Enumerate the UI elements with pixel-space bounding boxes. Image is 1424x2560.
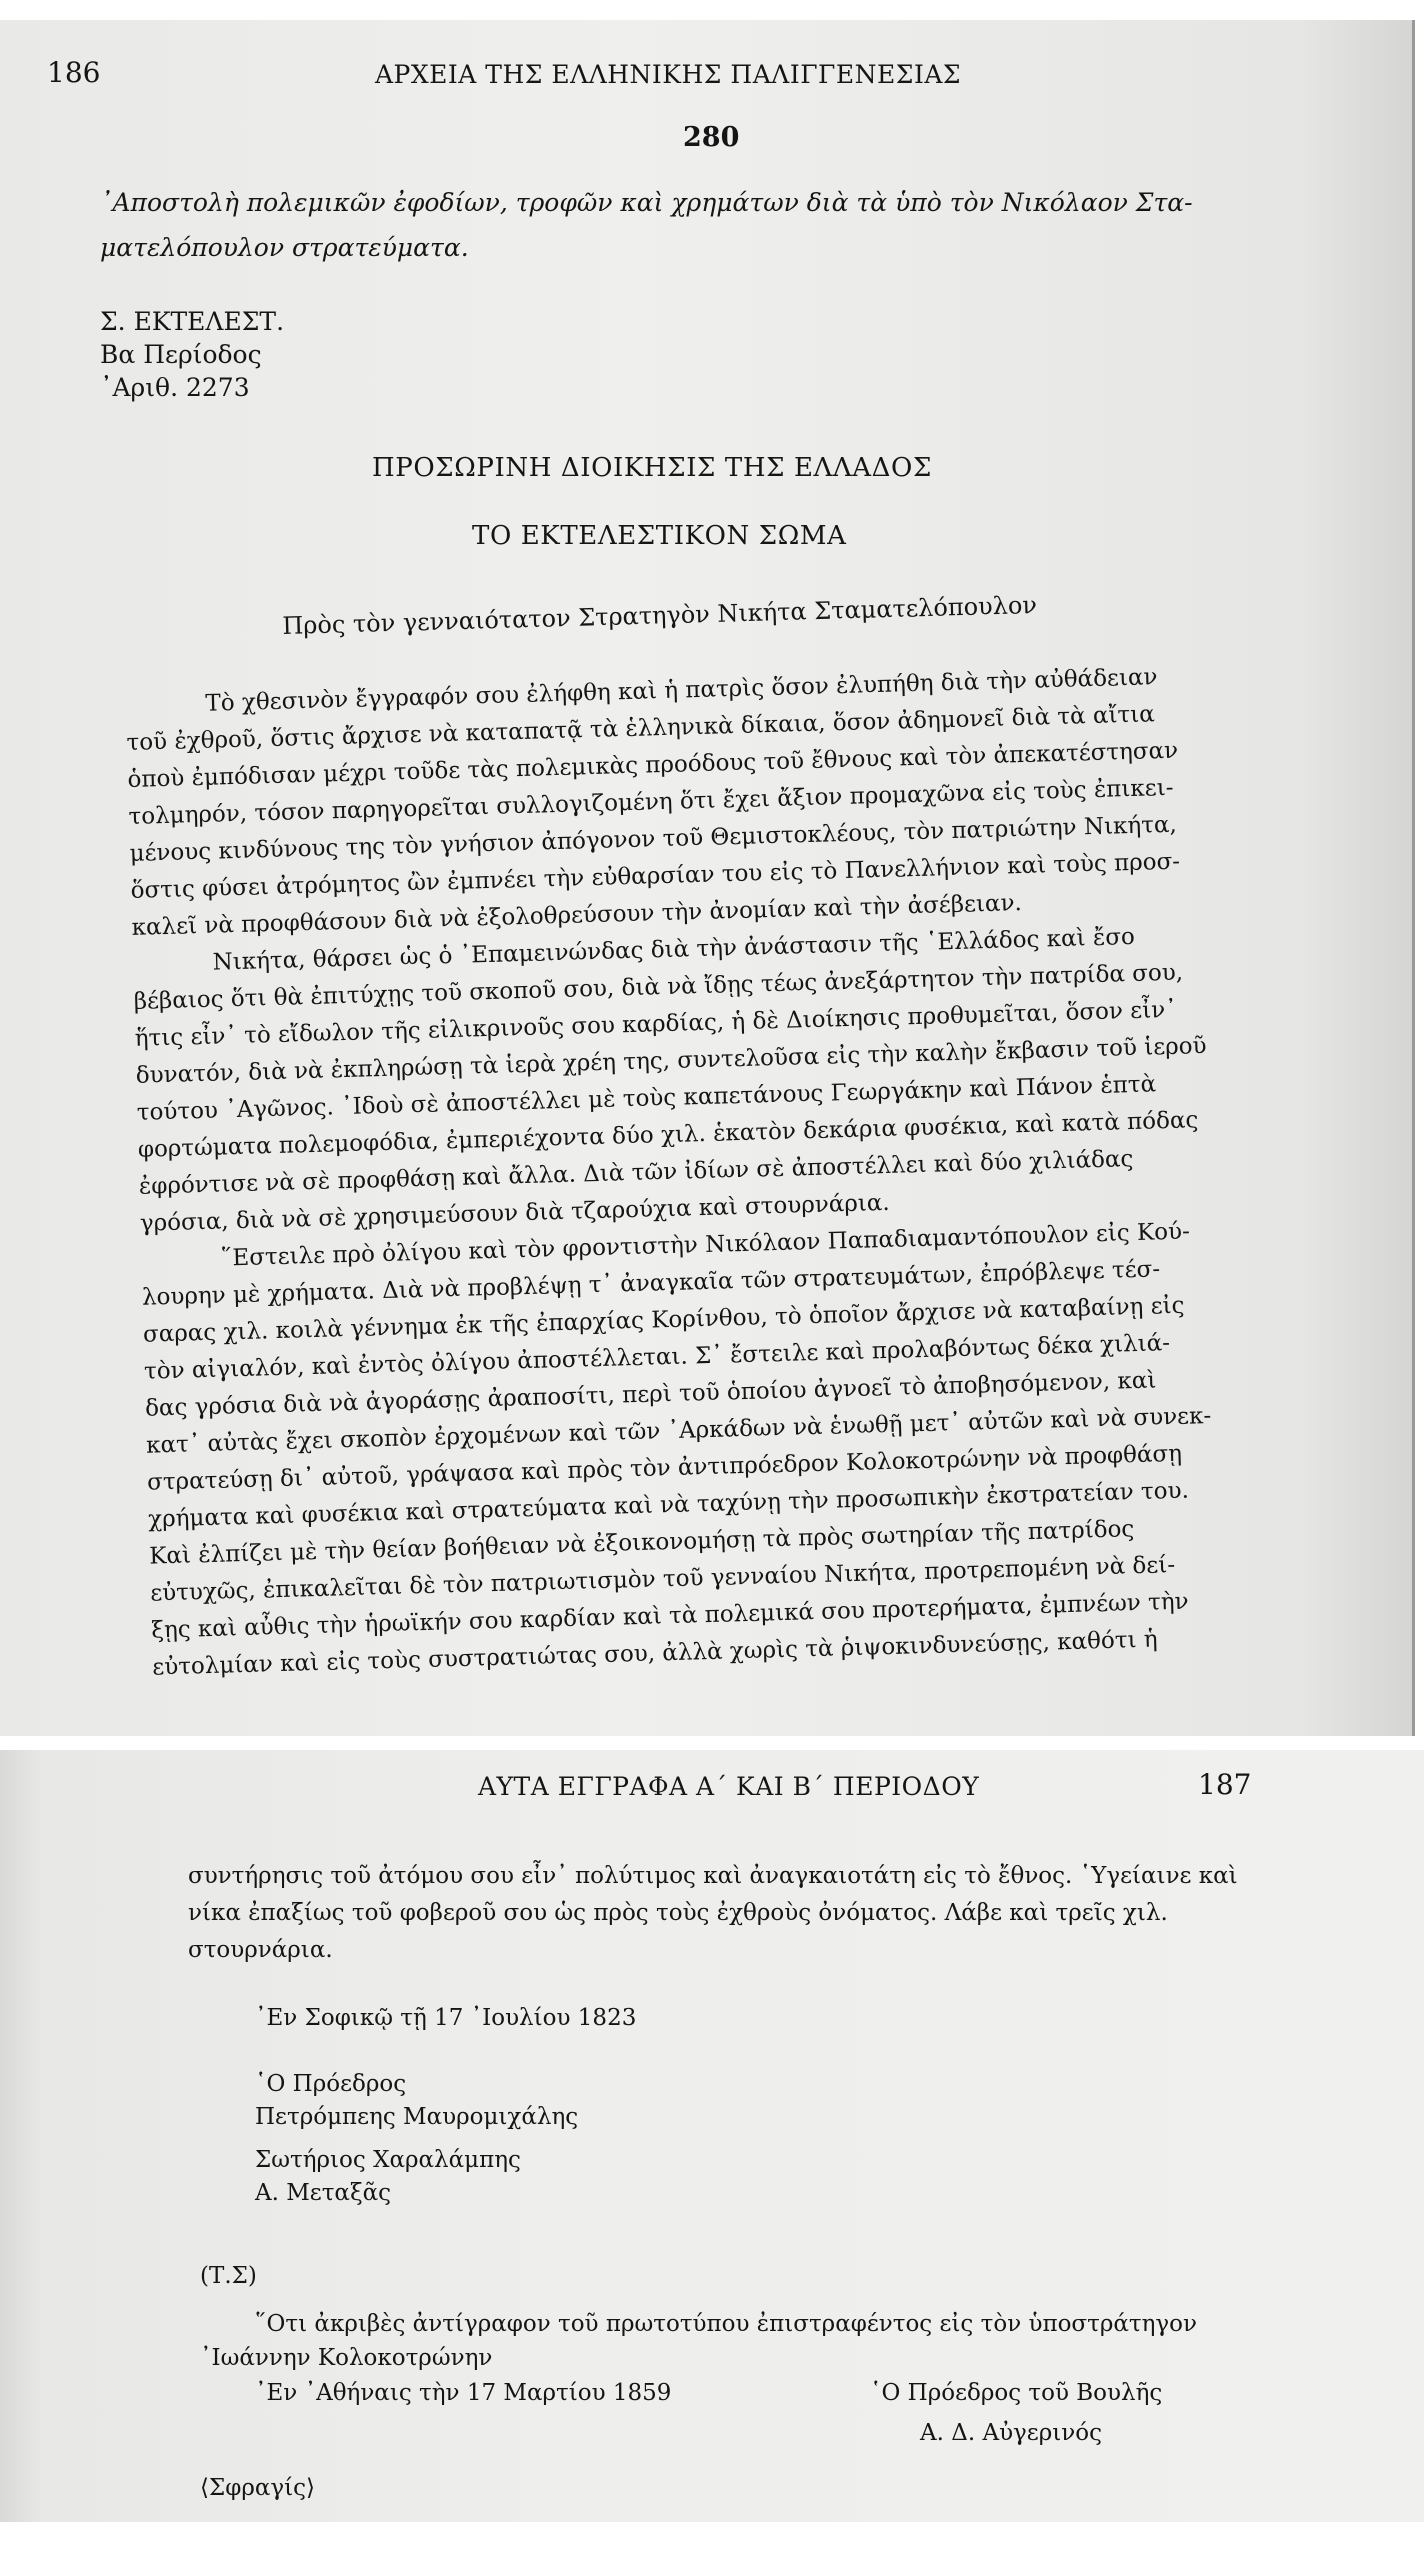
page-number: 187 bbox=[1198, 1768, 1251, 1801]
book-page-187: ΑΥΤΑ ΕΓΓΡΑΦΑ Α΄ ΚΑΙ Β΄ ΠΕΡΙΟΔΟΥ 187 συντ… bbox=[0, 1750, 1424, 2522]
cert-place-date: ᾿Εν ᾿Αθήναις τὴν 17 Μαρτίου 1859 bbox=[255, 2377, 671, 2410]
certification-line: ῞Οτι ἀκριβὲς ἀντίγραφον τοῦ πρωτοτύπου ἐ… bbox=[255, 2308, 1197, 2341]
seal-note: ⟨Σφραγίς⟩ bbox=[200, 2472, 315, 2505]
signatory-title: ῾Ο Πρόεδρος bbox=[255, 2068, 578, 2101]
archive-ref-line: Βα Περίοδος bbox=[100, 338, 284, 371]
cert-signer-title: ῾Ο Πρόεδρος τοῦ Βουλῆς bbox=[870, 2377, 1162, 2410]
archive-ref-line: Σ. ΕΚΤΕΛΕΣΤ. bbox=[100, 305, 284, 338]
page-number: 186 bbox=[47, 56, 100, 89]
heading-executive: ΤΟ ΕΚΤΕΛΕΣΤΙΚΟΝ ΣΩΜΑ bbox=[472, 521, 847, 551]
running-head: ΑΡΧΕΙΑ ΤΗΣ ΕΛΛΗΝΙΚΗΣ ΠΑΛΙΓΓΕΝΕΣΙΑΣ bbox=[375, 60, 961, 89]
heading-government: ΠΡΟΣΩΡΙΝΗ ΔΙΟΙΚΗΣΙΣ ΤΗΣ ΕΛΛΑΔΟΣ bbox=[372, 453, 932, 483]
addressee-line: Πρὸς τὸν γενναιότατον Στρατηγὸν Νικήτα Σ… bbox=[282, 591, 1037, 640]
signatory-name: Σωτήριος Χαραλάμπης bbox=[255, 2144, 578, 2177]
document-summary-line: ματελόπουλον στρατεύματα. bbox=[100, 233, 469, 262]
signatory-name: Α. Μεταξᾶς bbox=[255, 2177, 578, 2210]
document-number: 280 bbox=[683, 122, 739, 153]
body-line: στουρνάρια. bbox=[188, 1932, 1238, 1969]
letter-body: Τὸ χθεσινὸν ἔγγραφόν σου ἐλήφθη καὶ ἡ πα… bbox=[125, 658, 1224, 1687]
signatory-name: Πετρόμπεης Μαυρομιχάλης bbox=[255, 2101, 578, 2134]
seal-mark: (Τ.Σ) bbox=[200, 2260, 257, 2293]
letter-continuation: συντήρησις τοῦ ἀτόμου σου εἶν᾿ πολύτιμος… bbox=[188, 1858, 1238, 1969]
place-date: ᾿Εν Σοφικῷ τῇ 17 ᾿Ιουλίου 1823 bbox=[255, 2002, 636, 2035]
body-line: συντήρησις τοῦ ἀτόμου σου εἶν᾿ πολύτιμος… bbox=[188, 1858, 1238, 1895]
document-summary-line: ᾿Αποστολὴ πολεμικῶν ἐφοδίων, τροφῶν καὶ … bbox=[100, 188, 1193, 217]
certification-line: ᾿Ιωάννην Κολοκοτρώνην bbox=[200, 2342, 492, 2375]
archive-ref: Σ. ΕΚΤΕΛΕΣΤ. Βα Περίοδος ᾿Αριθ. 2273 bbox=[100, 305, 284, 404]
archive-ref-line: ᾿Αριθ. 2273 bbox=[100, 371, 284, 404]
cert-signer-name: Α. Δ. Αὐγερινός bbox=[920, 2417, 1102, 2450]
book-page-186: 186 ΑΡΧΕΙΑ ΤΗΣ ΕΛΛΗΝΙΚΗΣ ΠΑΛΙΓΓΕΝΕΣΙΑΣ 2… bbox=[0, 20, 1415, 1736]
running-head: ΑΥΤΑ ΕΓΓΡΑΦΑ Α΄ ΚΑΙ Β΄ ΠΕΡΙΟΔΟΥ bbox=[478, 1772, 979, 1801]
body-line: νίκα ἐπαξίως τοῦ φοβεροῦ σου ὡς πρὸς τοὺ… bbox=[188, 1895, 1238, 1932]
signatories: ῾Ο Πρόεδρος Πετρόμπεης Μαυρομιχάλης Σωτή… bbox=[255, 2068, 578, 2210]
